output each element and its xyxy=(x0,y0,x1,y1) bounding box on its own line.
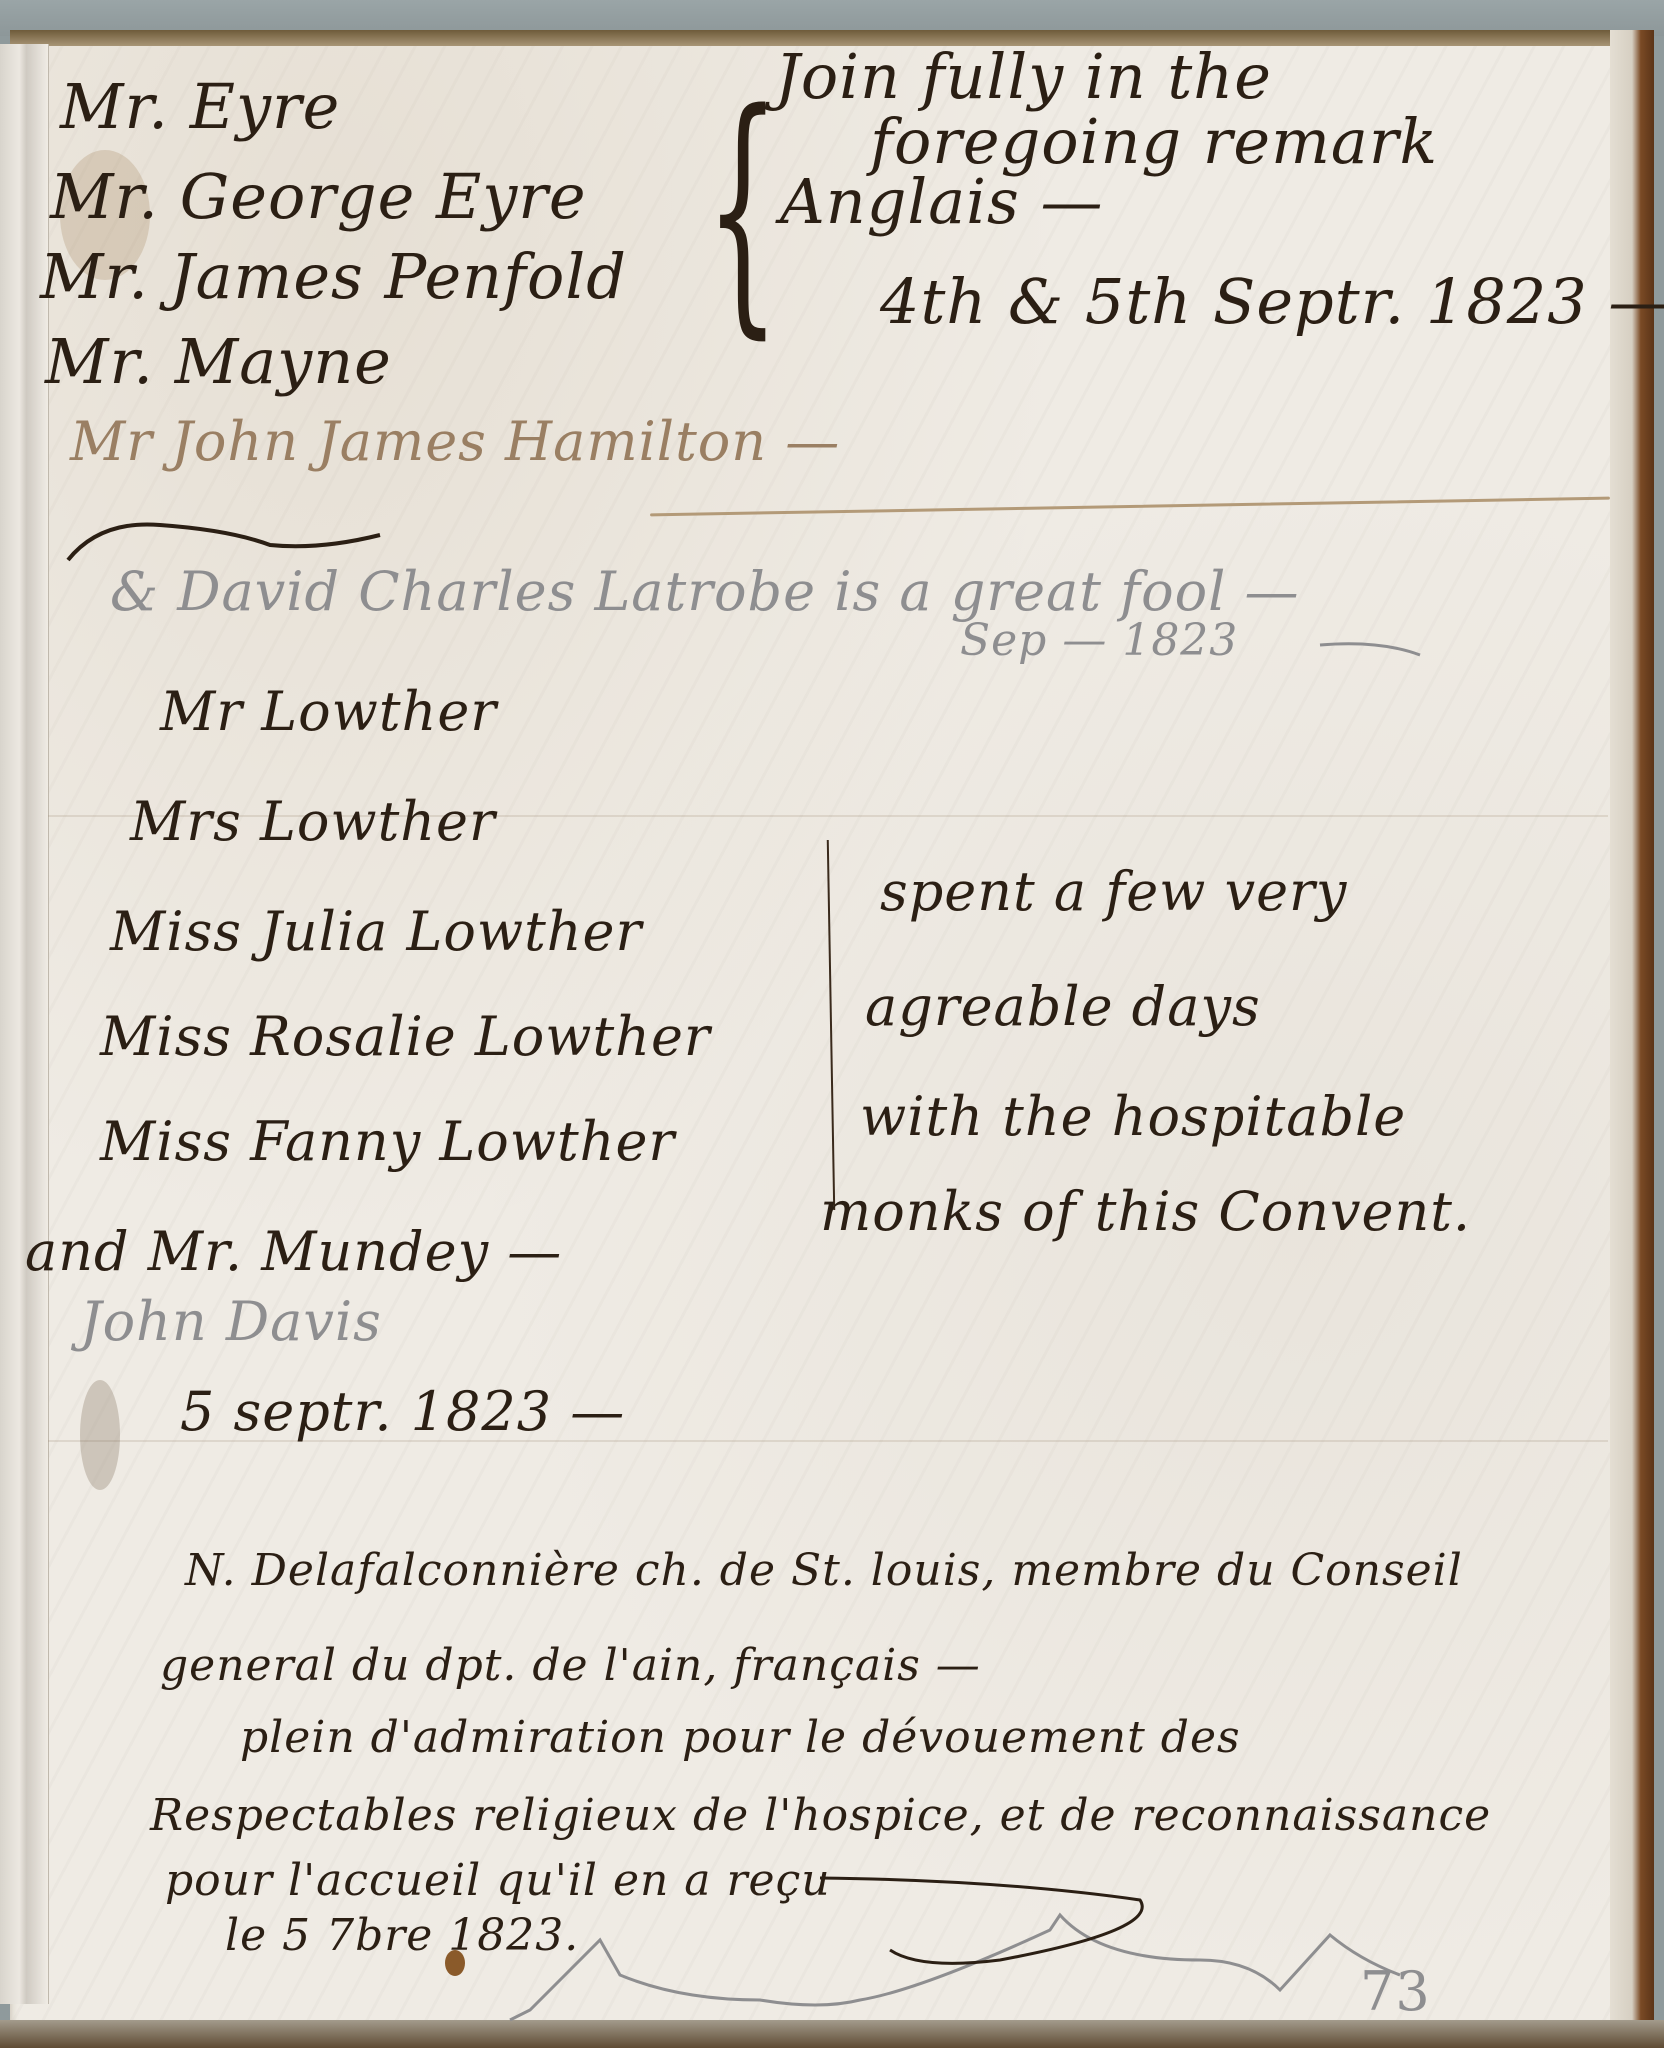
pencil-signature: John Davis xyxy=(80,1290,382,1353)
name-line: Miss Rosalie Lowther xyxy=(100,1005,711,1068)
entry-date: 5 septr. 1823 — xyxy=(180,1380,625,1443)
french-line: Respectables religieux de l'hospice, et … xyxy=(150,1790,1491,1841)
french-line: pour l'accueil qu'il en a reçu xyxy=(165,1855,831,1906)
entry-date: le 5 7bre 1823. xyxy=(225,1910,579,1961)
latrobe-pencil-entry: & David Charles Latrobe is a great fool … xyxy=(110,560,1300,623)
remark-line: monks of this Convent. xyxy=(820,1180,1471,1243)
name-line: Miss Fanny Lowther xyxy=(100,1110,675,1173)
french-line: N. Delafalconnière ch. de St. louis, mem… xyxy=(185,1545,1463,1596)
remark-line: spent a few very xyxy=(880,860,1347,923)
name-line: Mrs Lowther xyxy=(130,790,496,853)
remark-line: agreable days xyxy=(865,975,1261,1038)
french-line: plein d'admiration pour le dévouement de… xyxy=(240,1712,1241,1763)
french-line: general du dpt. de l'ain, français — xyxy=(160,1640,981,1691)
page-number: 73 xyxy=(1360,1960,1431,2023)
name-line: and Mr. Mundey — xyxy=(25,1220,562,1283)
name-line: Mr Lowther xyxy=(160,680,497,743)
remark-line: with the hospitable xyxy=(860,1085,1406,1148)
name-line: Miss Julia Lowther xyxy=(110,900,642,963)
latrobe-date: Sep — 1823 xyxy=(960,615,1238,666)
